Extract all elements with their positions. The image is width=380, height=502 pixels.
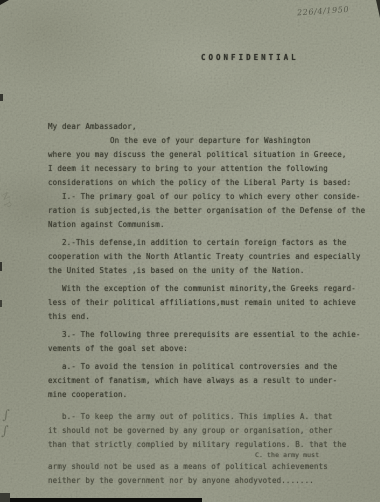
letter-line: considerations on which the policy of th… [48, 176, 368, 190]
letter-line: I.- The primary goal of our policy to wh… [48, 190, 368, 204]
margin-bracket-marks: ∫ ∫ [1, 408, 10, 440]
letter-line: army should not be used as a means of po… [48, 460, 368, 474]
letter-line: the United States ,is based on the unity… [48, 264, 368, 278]
letter-line: vements of the goal set above: [48, 342, 368, 356]
letter-line: it should not be governed by any group o… [48, 424, 368, 438]
letter-line: b.- To keep the army out of politics. Th… [48, 410, 368, 424]
letter-line: this end. [48, 310, 368, 324]
scan-artifact-left-edge-3 [0, 300, 2, 307]
letter-line: I deem it necessary to bring to your att… [48, 162, 368, 176]
letter-line: C. the army must [48, 451, 368, 460]
scan-artifact-top-left-corner [0, 0, 9, 5]
letter-line: cooperation with the North Atlantic Trea… [48, 250, 368, 264]
scan-artifact-bottom-left-corner [0, 493, 10, 502]
scan-artifact-left-edge-2 [0, 262, 2, 271]
scan-artifact-left-edge-1 [0, 94, 3, 101]
scanned-letter-page: 226/4/1950 COONFIDENTIAL Np ∫ ∫ My dear … [0, 0, 380, 502]
letter-line: where you may discuss the general politi… [48, 148, 368, 162]
letter-line: With the exception of the communist mino… [48, 282, 368, 296]
letter-line: ration is subjected,is the better organi… [48, 204, 368, 218]
scan-artifact-bottom-bar [10, 498, 202, 502]
letter-line: a.- To avoid the tension in political co… [48, 360, 368, 374]
letter-line: Nation against Communism. [48, 218, 368, 232]
letter-line: 2.-This defense,in addition to certain f… [48, 236, 368, 250]
scan-artifact-top-right-edge [376, 0, 380, 18]
classification-stamp: COONFIDENTIAL [201, 53, 299, 62]
letter-line: excitment of fanatism, which have always… [48, 374, 368, 388]
letter-line: mine cooperation. [48, 388, 368, 402]
letter-line: than that strictly complied by military … [48, 438, 368, 452]
letter-line: less of their political affiliations,mus… [48, 296, 368, 310]
letter-body: My dear Ambassador,On the eve of your de… [48, 120, 368, 488]
margin-pencil-note: Np [0, 191, 15, 211]
letter-line: neither by the government nor by anyone … [48, 474, 368, 488]
letter-line: My dear Ambassador, [48, 120, 368, 134]
letter-line: 3.- The following three prerequisits are… [48, 328, 368, 342]
file-number-annotation: 226/4/1950 [297, 4, 367, 18]
letter-line: On the eve of your departure for Washing… [48, 134, 368, 148]
